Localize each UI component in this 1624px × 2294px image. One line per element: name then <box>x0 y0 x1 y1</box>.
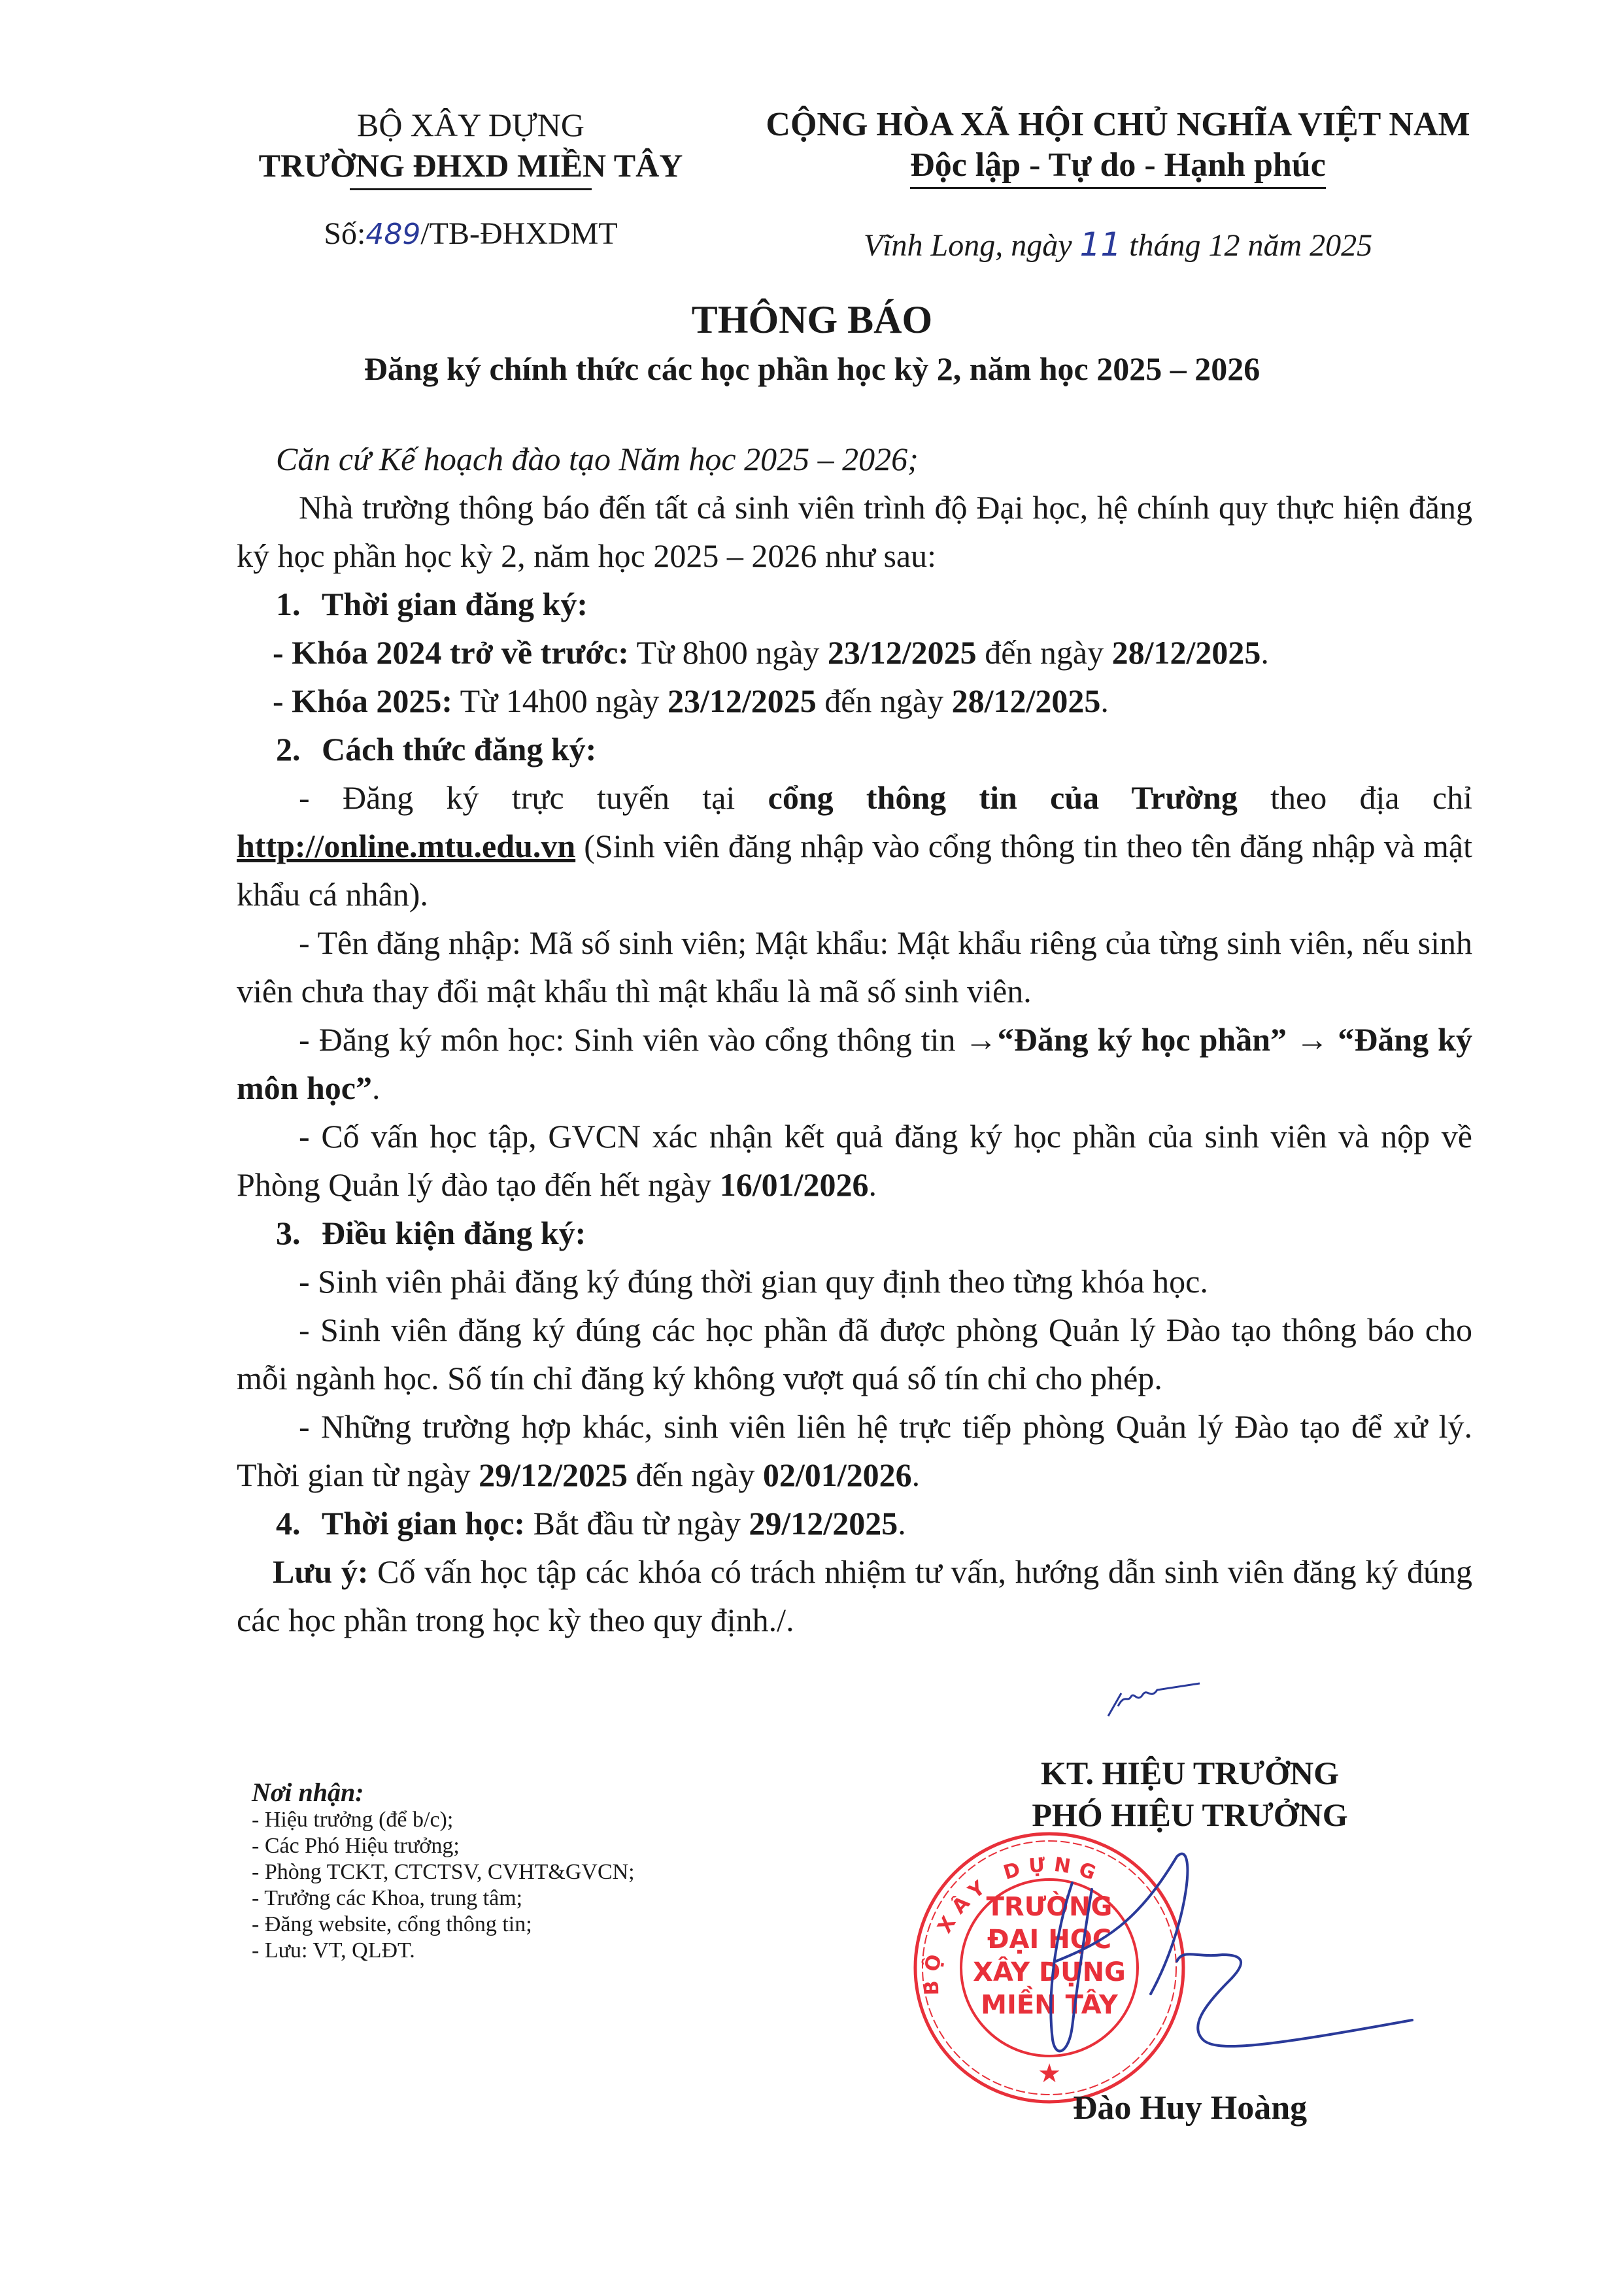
login-info: - Tên đăng nhập: Mã số sinh viên; Mật kh… <box>237 919 1472 1015</box>
end-date: 28/12/2025 <box>952 683 1101 719</box>
text: . <box>869 1166 877 1203</box>
text: Bắt đầu từ ngày <box>525 1505 749 1542</box>
section-number: 2. <box>276 725 322 773</box>
schedule-khoa-2024: - Khóa 2024 trở về trước: Từ 8h00 ngày 2… <box>237 628 1472 677</box>
legal-basis: Căn cứ Kế hoạch đào tạo Năm học 2025 – 2… <box>237 435 1472 483</box>
recipient-item: - Hiệu trưởng (để b/c); <box>252 1807 775 1833</box>
deadline-date: 16/01/2026 <box>720 1166 869 1203</box>
end-date: 28/12/2025 <box>1112 634 1261 671</box>
section-title: Điều kiện đăng ký: <box>322 1215 586 1251</box>
section-2-heading: 2.Cách thức đăng ký: <box>237 725 1472 773</box>
document-title: THÔNG BÁO <box>0 297 1624 343</box>
national-header: CỘNG HÒA XÃ HỘI CHỦ NGHĨA VIỆT NAM Độc l… <box>726 105 1510 189</box>
section-1-heading: 1.Thời gian đăng ký: <box>237 580 1472 628</box>
start-date: 23/12/2025 <box>668 683 817 719</box>
recipient-item: - Lưu: VT, QLĐT. <box>252 1938 775 1964</box>
ministry-name: BỘ XÂY DỰNG <box>216 105 726 145</box>
section-number: 4. <box>276 1499 322 1547</box>
schedule-khoa-2025: - Khóa 2025: Từ 14h00 ngày 23/12/2025 đế… <box>237 677 1472 725</box>
recipient-item: - Đăng website, cổng thông tin; <box>252 1912 775 1938</box>
doc-number-handwritten: 489 <box>365 218 420 251</box>
section-number: 1. <box>276 580 322 628</box>
place-date-suffix: tháng 12 năm 2025 <box>1121 228 1372 263</box>
text: đến ngày <box>977 634 1112 671</box>
doc-number-suffix: /TB-ĐHXDMT <box>420 216 617 251</box>
signer-name: Đào Huy Hoàng <box>941 2089 1438 2127</box>
arrow-right-icon: → <box>965 1021 998 1058</box>
condition-1: - Sinh viên phải đăng ký đúng thời gian … <box>237 1257 1472 1306</box>
note-text: Cố vấn học tập các khóa có trách nhiệm t… <box>237 1553 1472 1638</box>
recipient-item: - Trưởng các Khoa, trung tâm; <box>252 1885 775 1912</box>
section-3-heading: 3.Điều kiện đăng ký: <box>237 1209 1472 1257</box>
document-body: Căn cứ Kế hoạch đào tạo Năm học 2025 – 2… <box>237 435 1472 1644</box>
arrow-right-icon: → <box>1296 1021 1328 1058</box>
document-number: Số:489/TB-ĐHXDMT <box>216 216 726 252</box>
section-number: 3. <box>276 1209 322 1257</box>
start-date: 29/12/2025 <box>749 1505 898 1542</box>
condition-2: - Sinh viên đăng ký đúng các học phần đã… <box>237 1306 1472 1402</box>
signature-title: KT. HIỆU TRƯỞNG PHÓ HIỆU TRƯỞNG <box>941 1752 1438 1836</box>
initial-mark-icon <box>1105 1680 1203 1719</box>
issuing-authority: BỘ XÂY DỰNG TRƯỜNG ĐHXD MIỀN TÂY <box>216 105 726 190</box>
end-date: 02/01/2026 <box>763 1457 912 1493</box>
intro-paragraph: Nhà trường thông báo đến tất cả sinh viê… <box>237 483 1472 580</box>
start-date: 23/12/2025 <box>828 634 977 671</box>
school-name: TRƯỜNG ĐHXD MIỀN TÂY <box>216 145 726 186</box>
national-motto: Độc lập - Tự do - Hạnh phúc <box>910 145 1326 189</box>
course-registration-path: - Đăng ký môn học: Sinh viên vào cổng th… <box>237 1015 1472 1112</box>
nation-name: CỘNG HÒA XÃ HỘI CHỦ NGHĨA VIỆT NAM <box>726 105 1510 145</box>
doc-number-prefix: Số: <box>324 216 365 251</box>
portal-name: cổng thông tin của Trường <box>768 779 1238 816</box>
document-subtitle: Đăng ký chính thức các học phần học kỳ 2… <box>0 350 1624 388</box>
text: . <box>1260 634 1269 671</box>
place-and-date: Vĩnh Long, ngày 11 tháng 12 năm 2025 <box>726 226 1510 263</box>
condition-3: - Những trường hợp khác, sinh viên liên … <box>237 1402 1472 1499</box>
text: Từ 14h00 ngày <box>452 683 668 719</box>
online-registration: - Đăng ký trực tuyến tại cổng thông tin … <box>237 773 1472 919</box>
recipient-item: - Các Phó Hiệu trưởng; <box>252 1833 775 1859</box>
recipients-label: Nơi nhận: <box>252 1778 775 1807</box>
place-date-prefix: Vĩnh Long, ngày <box>864 228 1080 263</box>
advisor-confirmation: - Cố vấn học tập, GVCN xác nhận kết quả … <box>237 1112 1472 1209</box>
portal-url-link[interactable]: http://online.mtu.edu.vn <box>237 828 575 864</box>
section-title: Cách thức đăng ký: <box>322 731 596 767</box>
text: đến ngày <box>817 683 952 719</box>
day-handwritten: 11 <box>1080 226 1122 263</box>
text: theo địa chỉ <box>1238 779 1472 816</box>
recipient-item: - Phòng TCKT, CTCTSV, CVHT&GVCN; <box>252 1859 775 1885</box>
handwritten-signature-icon <box>1007 1844 1425 2066</box>
note: Lưu ý: Cố vấn học tập các khóa có trách … <box>237 1547 1472 1644</box>
header-underline <box>350 188 592 190</box>
start-date: 29/12/2025 <box>479 1457 628 1493</box>
cohort-label: - Khóa 2024 trở về trước: <box>273 634 629 671</box>
section-title: Thời gian học: <box>322 1505 525 1542</box>
menu-path-1: “Đăng ký học phần” <box>998 1021 1287 1058</box>
text: - Đăng ký môn học: Sinh viên vào cổng th… <box>299 1021 965 1058</box>
note-label: Lưu ý: <box>273 1553 368 1590</box>
text: đến ngày <box>628 1457 763 1493</box>
recipients-list: Nơi nhận: - Hiệu trưởng (để b/c); - Các … <box>252 1778 775 1964</box>
section-title: Thời gian đăng ký: <box>322 586 588 622</box>
cohort-label: - Khóa 2025: <box>273 683 452 719</box>
on-behalf-label: KT. HIỆU TRƯỞNG <box>941 1752 1438 1794</box>
text: - Đăng ký trực tuyến tại <box>299 779 768 816</box>
text: . <box>372 1070 381 1106</box>
section-4-heading: 4.Thời gian học: Bắt đầu từ ngày 29/12/2… <box>237 1499 1472 1547</box>
text: . <box>1100 683 1109 719</box>
text: . <box>898 1505 906 1542</box>
text: Từ 8h00 ngày <box>629 634 828 671</box>
text: . <box>912 1457 921 1493</box>
